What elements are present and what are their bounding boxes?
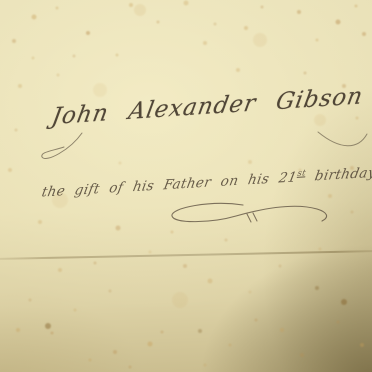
- foxing-spot: [119, 162, 122, 165]
- foxing-spot: [183, 264, 187, 268]
- foxing-spot: [74, 309, 77, 312]
- foxing-spot: [8, 168, 12, 172]
- foxing-spot: [171, 231, 174, 234]
- foxing-spot: [157, 21, 160, 24]
- foxing-spot: [86, 31, 90, 35]
- foxing-spot: [255, 319, 258, 322]
- foxing-spot: [18, 84, 22, 88]
- foxing-spot: [279, 265, 282, 268]
- foxing-spot: [12, 39, 16, 43]
- foxing-spot: [328, 194, 332, 198]
- foxing-spot: [225, 239, 228, 242]
- foxing-spot: [58, 268, 62, 272]
- foxing-spot: [109, 290, 112, 293]
- foxing-spot: [45, 323, 51, 329]
- foxing-spot: [253, 33, 267, 47]
- foxing-spot: [32, 15, 37, 20]
- foxing-spot: [362, 32, 366, 36]
- foxing-spot: [38, 220, 42, 224]
- foxing-spot: [89, 359, 92, 362]
- foxing-spot: [198, 329, 202, 333]
- foxing-spot: [319, 248, 322, 251]
- foxing-spot: [184, 1, 189, 6]
- foxing-spot: [236, 68, 240, 72]
- foxing-spot: [57, 74, 60, 77]
- foxing-spot: [261, 6, 264, 9]
- foxing-spot: [315, 286, 319, 290]
- foxing-spot: [134, 4, 146, 16]
- foxing-spot: [116, 226, 121, 231]
- foxing-spot: [93, 83, 107, 97]
- foxing-spot: [355, 5, 358, 8]
- foxing-spot: [129, 366, 132, 369]
- foxing-spot: [341, 299, 347, 305]
- foxing-spot: [300, 353, 304, 357]
- foxing-spot: [297, 10, 301, 14]
- foxing-spot: [161, 331, 164, 334]
- foxing-spot: [113, 350, 117, 354]
- foxing-spot: [204, 364, 207, 367]
- foxing-spot: [248, 160, 252, 164]
- foxing-spot: [116, 54, 119, 57]
- foxing-spot: [203, 41, 207, 45]
- foxing-spot: [336, 20, 341, 25]
- foxing-spot: [15, 129, 18, 132]
- foxing-spot: [304, 72, 307, 75]
- foxing-spot: [351, 211, 354, 214]
- foxing-spot: [280, 328, 284, 332]
- foxing-spot: [337, 321, 340, 324]
- foxing-spot: [16, 328, 20, 332]
- foxing-spot: [249, 291, 252, 294]
- foxing-spot: [73, 55, 76, 58]
- foxing-spot: [314, 114, 326, 126]
- foxing-spot: [29, 299, 32, 302]
- foxing-spot: [129, 3, 133, 7]
- foxing-spot: [360, 343, 364, 347]
- foxing-spot: [149, 251, 152, 254]
- foxing-spot: [51, 332, 54, 335]
- foxing-spot: [356, 117, 359, 120]
- aged-paper-inscription-photo: John Alexander Gibson the gift of his Fa…: [0, 0, 372, 372]
- foxing-spot: [94, 262, 97, 265]
- foxing-spot: [214, 23, 217, 26]
- foxing-spot: [229, 344, 232, 347]
- foxing-spot: [316, 39, 319, 42]
- foxing-spot: [56, 7, 59, 10]
- foxing-spot: [172, 292, 188, 308]
- foxing-spot: [244, 26, 248, 30]
- foxing-spot: [208, 279, 213, 284]
- foxing-spot: [32, 57, 35, 60]
- foxing-spot: [148, 342, 153, 347]
